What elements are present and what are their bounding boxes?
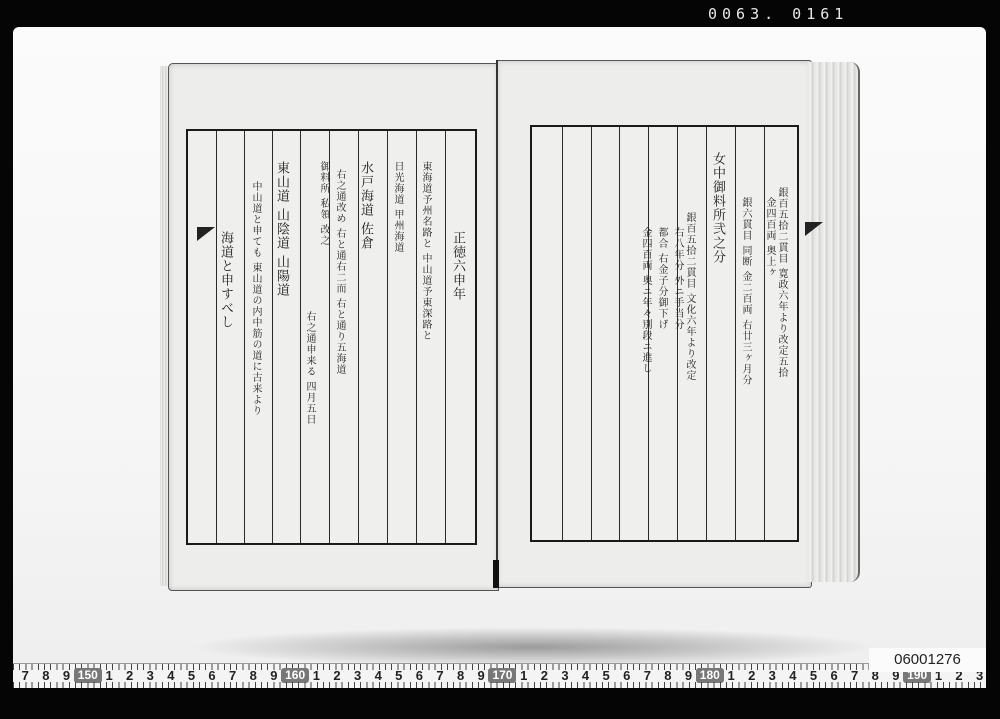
ruler-label: 150	[74, 668, 102, 683]
ruler-ticks-bottom	[13, 682, 986, 688]
ruler-label: 4	[368, 668, 389, 683]
ruler-label: 8	[450, 668, 471, 683]
ruler-label: 7	[222, 668, 243, 683]
frame-number: 0063. 0161	[708, 5, 848, 23]
manuscript-column: 中山道と申ても 東山道の内中筋の道に古来より	[250, 181, 261, 416]
ruler-label: 6	[409, 668, 430, 683]
ruler-label: 6	[616, 668, 637, 683]
book-spine	[496, 60, 498, 586]
ruled-line	[562, 127, 563, 540]
archive-id-label: 06001276	[869, 648, 986, 672]
ruled-line	[591, 127, 592, 540]
ruled-line	[216, 131, 217, 543]
ruler-label: 3	[347, 668, 368, 683]
right-page-edges	[808, 62, 860, 582]
ruled-line	[244, 131, 245, 543]
ruled-line	[387, 131, 388, 543]
ruler-label: 6	[202, 668, 223, 683]
ruler-label: 1	[306, 668, 327, 683]
ruler-label: 3	[555, 668, 576, 683]
manuscript-column: 東山道 山陰道 山陽道	[274, 161, 288, 297]
manuscript-column: 正徳六申年	[450, 231, 464, 301]
manuscript-column: 銀六貫目 同断 金二百両 右廿三ヶ月分	[740, 197, 751, 386]
manuscript-column: 銀百五拾二貫目 寛政六年より改定五拾	[776, 187, 787, 378]
ruler-label: 2	[327, 668, 348, 683]
ruler-label: 3	[140, 668, 161, 683]
ruler-label: 8	[658, 668, 679, 683]
ruled-line	[445, 131, 446, 543]
ruler-label: 1	[99, 668, 120, 683]
ruler-label: 160	[281, 668, 309, 683]
ruler-label: 7	[15, 668, 36, 683]
ruler-label: 8	[243, 668, 264, 683]
book-shadow	[188, 627, 878, 667]
ruled-line	[300, 131, 301, 543]
ruler-label: 7	[844, 668, 865, 683]
ruler-label: 4	[783, 668, 804, 683]
ruled-line	[416, 131, 417, 543]
ruler-label: 170	[488, 668, 516, 683]
manuscript-column: 海道と申すべし	[218, 231, 232, 329]
ruler-labels: 7891501234567891601234567891701234567891…	[15, 668, 990, 683]
manuscript-column: 右之通申来る 四月五日	[304, 311, 315, 425]
ruled-line	[619, 127, 620, 540]
ruler-label: 4	[161, 668, 182, 683]
measuring-ruler: 7891501234567891601234567891701234567891…	[13, 663, 986, 688]
ruled-line	[677, 127, 678, 540]
manuscript-column: 銀百五拾二貫目 文化六年より改定	[684, 212, 695, 381]
ruler-label: 6	[824, 668, 845, 683]
left-ruled-frame: 正徳六申年 東海道予州名路と 中山道予東深路と 日光海道 甲州海道 水戸海道 佐…	[186, 129, 477, 545]
manuscript-column: 水戸海道 佐倉	[358, 161, 372, 250]
ruler-label: 5	[596, 668, 617, 683]
ruler-label: 4	[575, 668, 596, 683]
ruled-line	[764, 127, 765, 540]
ruler-label: 7	[430, 668, 451, 683]
manuscript-column: 右八年分 外ニ手当分	[672, 227, 683, 330]
ruler-label: 2	[119, 668, 140, 683]
ruler-label: 1	[513, 668, 534, 683]
index-tab-mark	[197, 227, 215, 241]
manuscript-column: 御料所 私領 改之	[318, 161, 329, 246]
ruler-label: 1	[721, 668, 742, 683]
ruled-line	[706, 127, 707, 540]
manuscript-column: 金四百両 奥ニ年々別段ニ進し	[640, 227, 651, 374]
manuscript-column: 日光海道 甲州海道	[392, 161, 403, 253]
right-ruled-frame: 銀百五拾二貫目 寛政六年より改定五拾 金四百両 奥上ヶ 銀六貫目 同断 金二百両…	[530, 125, 799, 542]
ruler-label: 2	[741, 668, 762, 683]
ruler-label: 2	[534, 668, 555, 683]
ruler-label: 5	[181, 668, 202, 683]
spine-gap	[493, 560, 499, 588]
ruler-label: 7	[637, 668, 658, 683]
ruler-label: 5	[803, 668, 824, 683]
ruled-line	[735, 127, 736, 540]
ruler-label: 5	[389, 668, 410, 683]
manuscript-column: 女中御料所弐之分	[710, 152, 724, 264]
manuscript-column: 金四百両 奥上ヶ	[764, 197, 775, 278]
ruler-label: 3	[762, 668, 783, 683]
manuscript-column: 東海道予州名路と 中山道予東深路と	[420, 161, 431, 341]
ruler-label: 180	[696, 668, 724, 683]
manuscript-column: 都合 右金子分御下げ	[656, 227, 667, 330]
index-tab-mark	[805, 222, 823, 236]
manuscript-column: 右之通改め 右と通右二而 右と通り五海道	[334, 169, 345, 375]
ruler-label: 8	[36, 668, 57, 683]
ruled-line	[329, 131, 330, 543]
